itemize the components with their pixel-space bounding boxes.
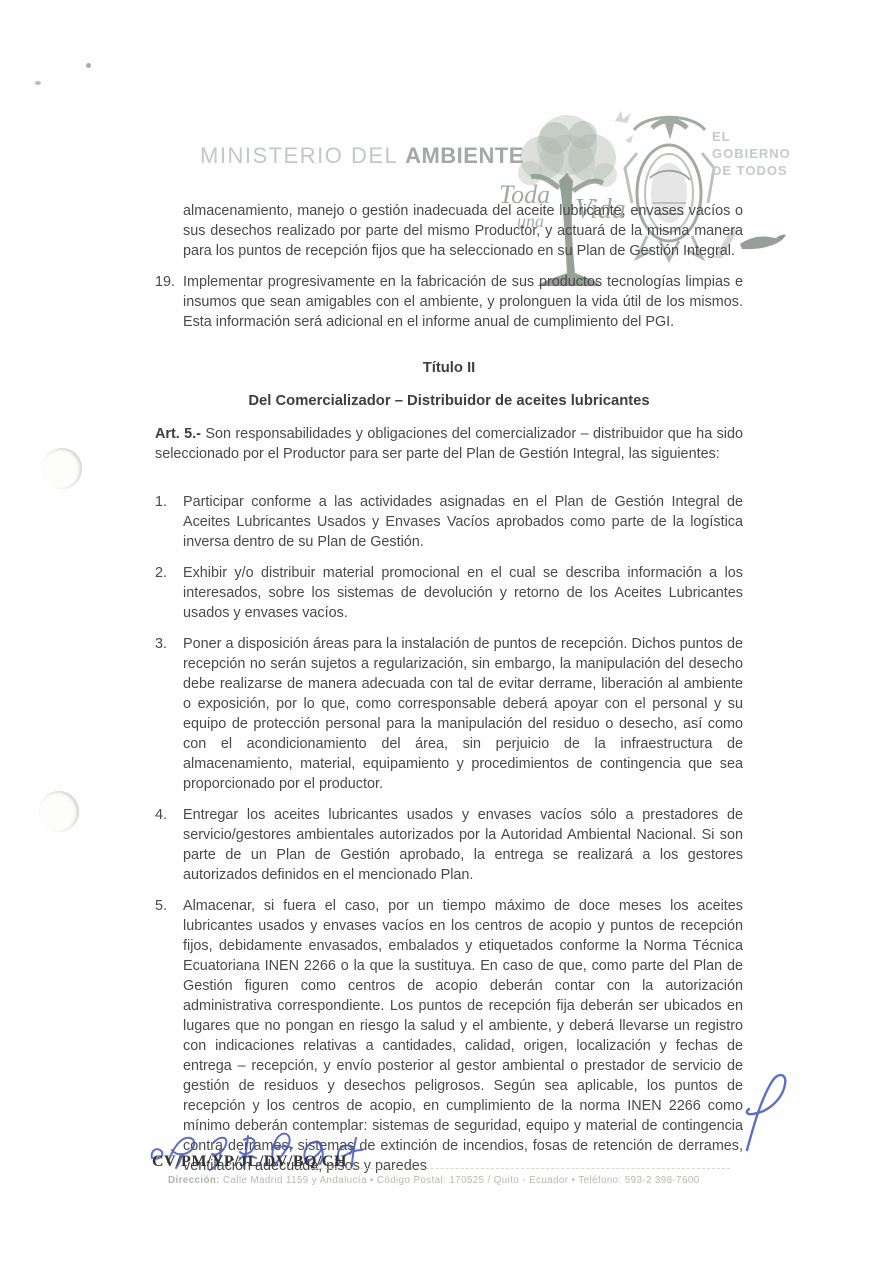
scanned-page: MINISTERIO DEL AMBIENTE Toda una Vida — [0, 0, 893, 1263]
list-item-19: 19. Implementar progresivamente en la fa… — [155, 272, 743, 332]
article-5-label: Art. 5.- — [155, 426, 201, 442]
gov-line-el: EL — [712, 128, 802, 145]
footer-address: Dirección: Calle Madrid 1159 y Andalucía… — [168, 1175, 738, 1186]
list-text: Poner a disposición áreas para la instal… — [183, 634, 743, 794]
list-text: Exhibir y/o distribuir material promocio… — [183, 563, 743, 623]
scan-speck — [35, 81, 41, 85]
list-item-1: 1. Participar conforme a las actividades… — [155, 492, 743, 552]
list-item-4: 4. Entregar los aceites lubricantes usad… — [155, 805, 743, 885]
list-number: 4. — [155, 805, 183, 885]
list-number: 19. — [155, 272, 183, 332]
list-number: 1. — [155, 492, 183, 552]
gov-line-de-todos: DE TODOS — [712, 162, 802, 179]
list-number: 3. — [155, 634, 183, 794]
list-text: Implementar progresivamente en la fabric… — [183, 272, 743, 332]
list-text: Participar conforme a las actividades as… — [183, 492, 743, 552]
footer-divider — [300, 1168, 730, 1169]
section-title: Título II — [155, 358, 743, 378]
article-5-paragraph: Art. 5.- Son responsabilidades y obligac… — [155, 424, 743, 464]
footer-address-text: Calle Madrid 1159 y Andalucía • Código P… — [220, 1175, 700, 1186]
ministry-logo: MINISTERIO DEL AMBIENTE — [200, 143, 470, 169]
gobierno-de-todos-logo: EL GOBIERNO DE TODOS — [712, 128, 802, 179]
list-number: 2. — [155, 563, 183, 623]
section-subtitle: Del Comercializador – Distribuidor de ac… — [155, 391, 743, 411]
list-text: Entregar los aceites lubricantes usados … — [183, 805, 743, 885]
gov-line-gobierno: GOBIERNO — [712, 145, 802, 162]
list-item-3: 3. Poner a disposición áreas para la ins… — [155, 634, 743, 794]
document-body: almacenamiento, manejo o gestión inadecu… — [155, 201, 743, 1187]
scan-speck — [86, 63, 91, 68]
continuation-paragraph: almacenamiento, manejo o gestión inadecu… — [183, 201, 743, 261]
article-5-text: Son responsabilidades y obligaciones del… — [155, 426, 743, 462]
handwritten-paraph-mark — [733, 1068, 793, 1153]
footer-address-label: Dirección: — [168, 1175, 220, 1186]
list-item-2: 2. Exhibir y/o distribuir material promo… — [155, 563, 743, 623]
ministry-logo-light-text: MINISTERIO DEL — [200, 143, 397, 168]
punch-hole — [39, 791, 79, 832]
punch-hole — [42, 448, 82, 489]
